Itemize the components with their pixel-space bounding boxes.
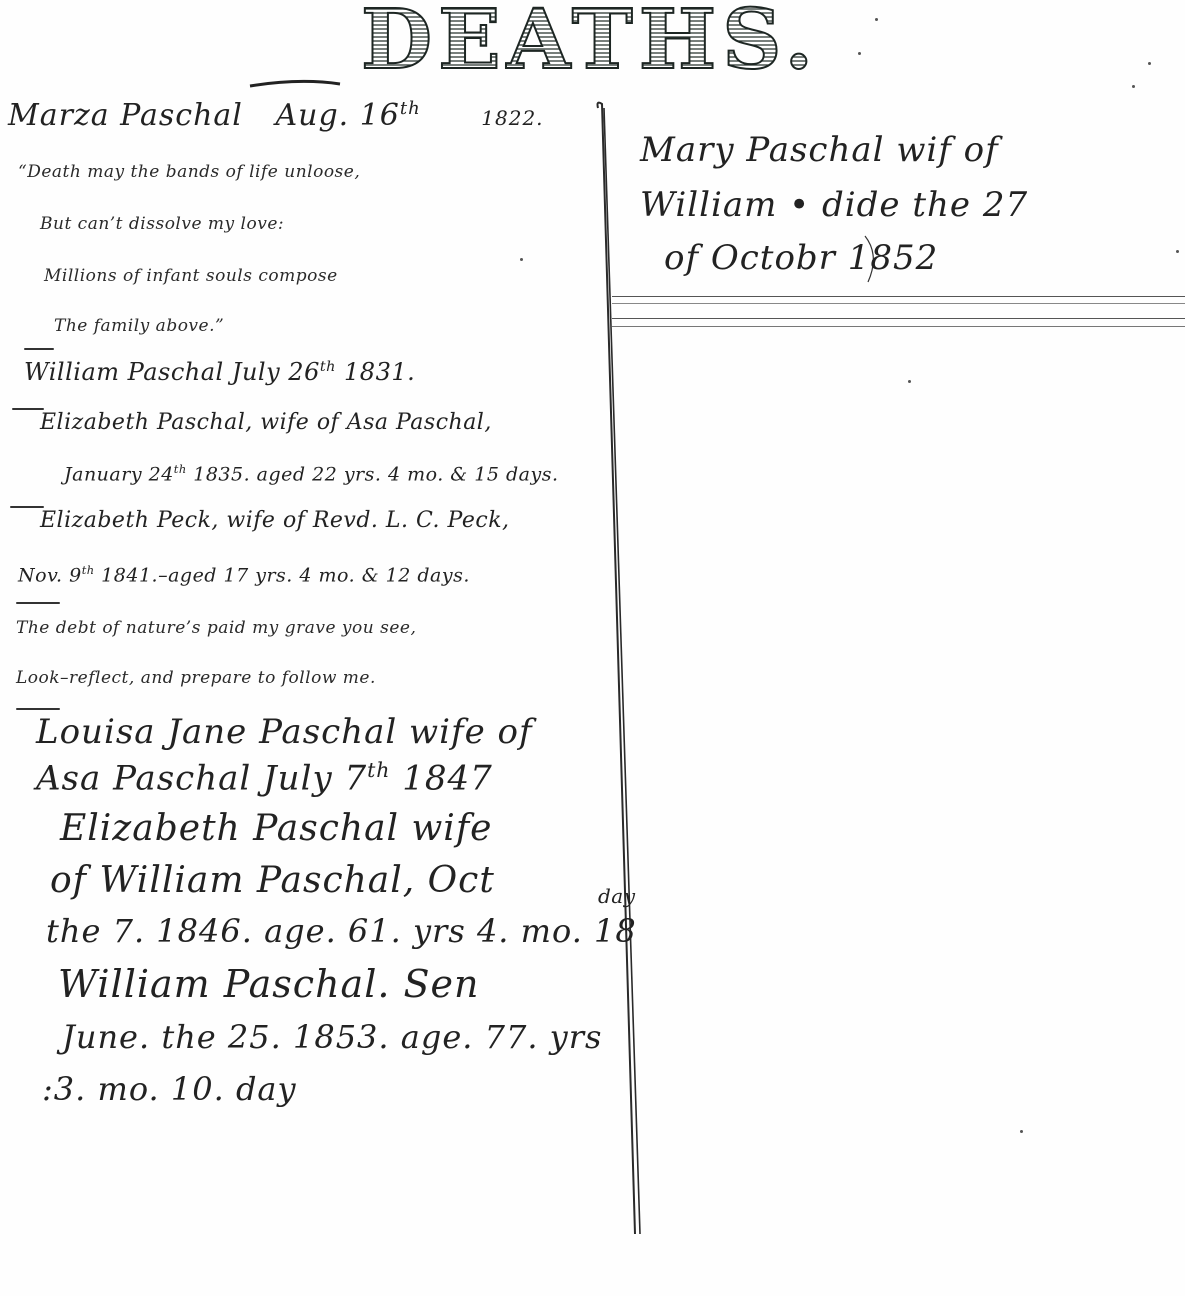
entry-elizabeth-paschal-1835-line1: Elizabeth Paschal, wife of Asa Paschal, [40, 410, 492, 435]
title-lettering: DEATHS. [290, 0, 890, 78]
date-suffix: th [400, 98, 421, 119]
separator-mark [10, 506, 44, 508]
speck [520, 258, 523, 261]
date-suffix: th [367, 758, 390, 782]
entry-text: William Paschal July 26 [24, 358, 320, 386]
verse-line: The family above.” [54, 316, 224, 336]
entry-date: Nov. 9 [18, 564, 82, 586]
entry-date: January 24 [64, 463, 174, 485]
verse-line: But can’t dissolve my love: [40, 214, 284, 234]
speck [1132, 85, 1135, 88]
entry-elizabeth-peck-1841-line2: Nov. 9th 1841.–aged 17 yrs. 4 mo. & 12 d… [18, 563, 470, 586]
entry-william-paschal-sen-line2: June. the 25. 1853. age. 77. yrs [62, 1018, 602, 1056]
entry-heading: Marza Paschal Aug. 16th 1822. [8, 98, 544, 133]
date-suffix: th [174, 462, 187, 476]
entry-elizabeth-paschal-1846-line2: of William Paschal, Oct [50, 860, 495, 901]
separator-mark [24, 348, 54, 350]
entry-william-paschal-sen-line1: William Paschal. Sen [58, 962, 480, 1006]
speck [1176, 250, 1179, 253]
entry-line: Mary Paschal wif of [640, 130, 999, 170]
entry-text: Asa Paschal July 7 [36, 758, 367, 798]
svg-text:DEATHS.: DEATHS. [361, 0, 819, 78]
verse-line: Look–reflect, and prepare to follow me. [16, 668, 376, 688]
speck [875, 18, 878, 21]
speck [1020, 1130, 1023, 1133]
date-suffix: th [82, 563, 95, 577]
ruled-line [612, 318, 1185, 319]
entry-age: 1835. aged 22 yrs. 4 mo. & 15 days. [187, 463, 559, 485]
entry-william-paschal-sen-line3: :3. mo. 10. day [42, 1070, 297, 1108]
entry-age: 1841.–aged 17 yrs. 4 mo. & 12 days. [95, 564, 470, 586]
entry-date: Aug. 16 [275, 98, 399, 133]
entry-year: 1822. [481, 106, 543, 130]
entry-louisa-jane-paschal-line2: Asa Paschal July 7th 1847 [36, 758, 493, 798]
ruled-line [612, 303, 1185, 304]
entry-line: of Octobr 1852 [664, 238, 938, 278]
ledger-page: DEATHS. Marza Paschal Aug. 16th 1822. “D… [0, 0, 1185, 1296]
ruled-line [612, 296, 1185, 297]
page-title: DEATHS. [290, 0, 890, 78]
entry-elizabeth-peck-1841-line1: Elizabeth Peck, wife of Revd. L. C. Peck… [40, 508, 510, 533]
entry-elizabeth-paschal-1835-line2: January 24th 1835. aged 22 yrs. 4 mo. & … [64, 462, 559, 485]
verse-line: Millions of infant souls compose [44, 266, 338, 286]
entry-note: day [598, 884, 636, 908]
verse-line: The debt of nature’s paid my grave you s… [16, 618, 416, 638]
speck [908, 380, 911, 383]
entry-year: 1831. [336, 358, 415, 386]
date-suffix: th [320, 359, 336, 375]
separator-mark [16, 708, 60, 710]
entry-line: William • dide the 27 [640, 185, 1028, 225]
speck [858, 52, 861, 55]
verse-line: “Death may the bands of life unloose, [18, 162, 360, 182]
speck [1148, 62, 1151, 65]
entry-elizabeth-paschal-1846-line1: Elizabeth Paschal wife [60, 808, 492, 849]
entry-louisa-jane-paschal-line1: Louisa Jane Paschal wife of [36, 712, 533, 752]
entry-elizabeth-paschal-1846-line3: the 7. 1846. age. 61. yrs 4. mo. 18 [46, 912, 637, 950]
entry-william-paschal-1831: William Paschal July 26th 1831. [24, 358, 415, 386]
ruled-line [612, 326, 1185, 327]
entry-name: Marza Paschal [8, 98, 243, 133]
separator-mark [16, 602, 60, 604]
entry-year: 1847 [390, 758, 492, 798]
